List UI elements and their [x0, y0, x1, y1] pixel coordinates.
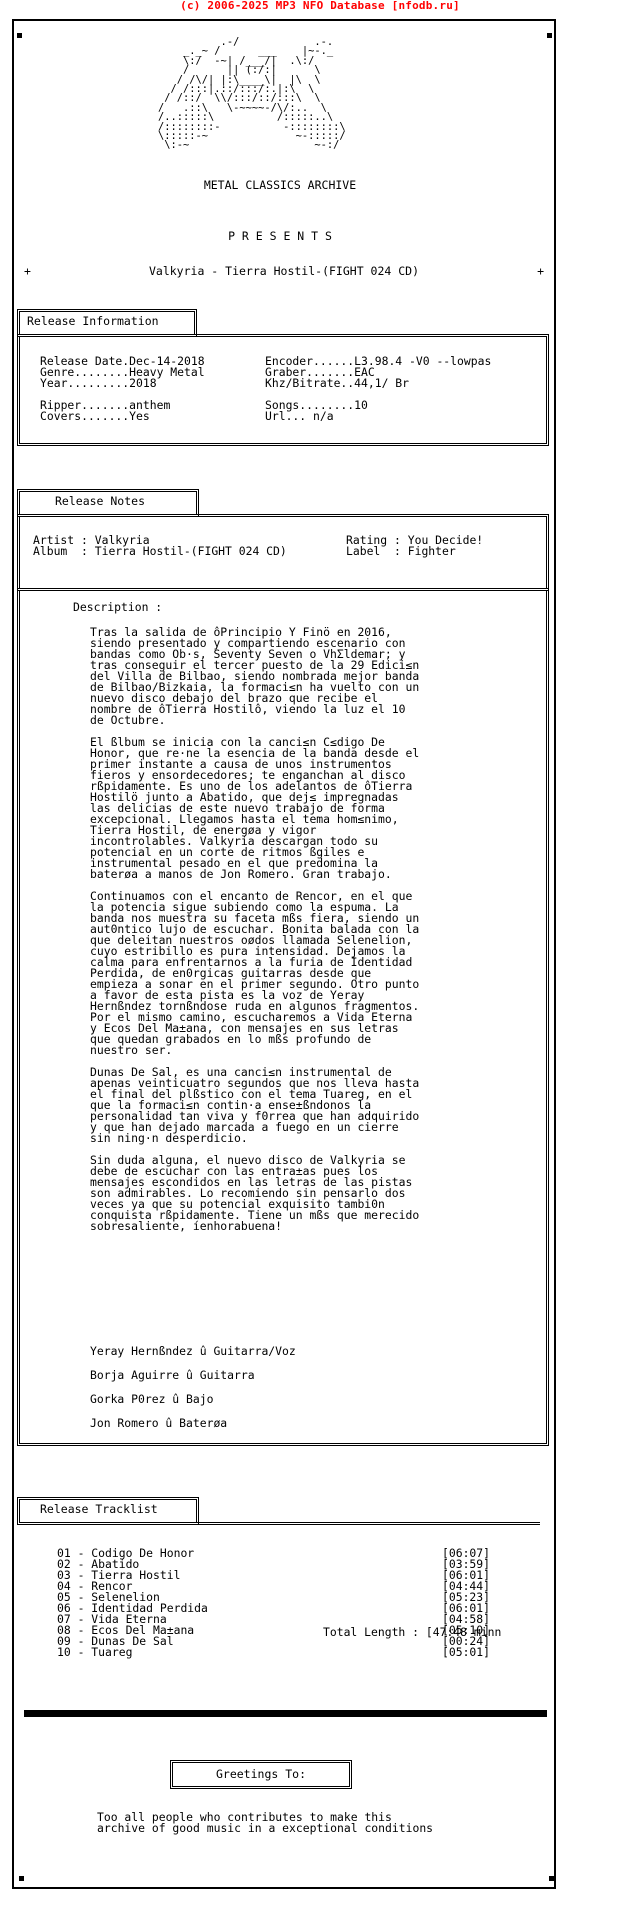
description-body: Tras la salida de ôPrincipio Y Finö en 2…: [90, 627, 419, 1243]
description-heading: Description :: [73, 602, 162, 613]
tab-label: Release Information: [27, 314, 159, 328]
label-row: Label : Fighter: [346, 546, 456, 557]
release-info-right-column: Encoder......L3.98.4 -V0 --lowpasGraber.…: [265, 356, 491, 422]
release-info-row: Covers.......Yes: [40, 411, 205, 422]
band-member: Borja Aguirre û Guitarra: [90, 1363, 296, 1387]
description-paragraph: Dunas De Sal, es una canci≤n instrumenta…: [90, 1067, 419, 1144]
ascii-logo: .-/ .-. _._~ / ___ |~-._ \:/ -~| /___/| …: [158, 38, 418, 151]
track-title: 10 - Tuareg: [57, 1645, 132, 1659]
tab-label: Release Tracklist: [40, 1502, 158, 1516]
tab-release-notes: Release Notes: [17, 489, 199, 517]
release-title: Valkyria - Tierra Hostil-(FIGHT 024 CD): [24, 264, 544, 278]
corner-marker-top-right: [547, 33, 552, 38]
release-info-left-column: Release Date.Dec-14-2018Genre........Hea…: [40, 356, 205, 422]
band-member: Gorka P0rez û Bajo: [90, 1387, 296, 1411]
corner-marker-bottom-right: [549, 1876, 554, 1881]
total-length-value: [47:48 minn: [426, 1625, 501, 1639]
copyright-banner: (c) 2006-2025 MP3 NFO Database [nfodb.ru…: [0, 0, 640, 12]
greetings-label: Greetings To:: [216, 1767, 306, 1781]
logo-caption: METAL CLASSICS ARCHIVE: [0, 178, 560, 192]
description-paragraph: El ßlbum se inicia con la canci≤n C≤digo…: [90, 737, 419, 880]
tab-label: Release Notes: [55, 494, 145, 508]
description-paragraph: Sin duda alguna, el nuevo disco de Valky…: [90, 1155, 419, 1232]
presents-heading: P R E S E N T S: [0, 229, 560, 243]
greetings-box: Greetings To:: [170, 1760, 352, 1789]
album-row: Album : Tierra Hostil-(FIGHT 024 CD): [33, 546, 287, 557]
tracklist: 01 - Codigo De Honor[06:07]02 - Abatido[…: [57, 1548, 510, 1658]
tab-release-tracklist: Release Tracklist: [17, 1497, 199, 1525]
greetings-text: Too all people who contributes to make t…: [97, 1812, 433, 1834]
description-paragraph: Tras la salida de ôPrincipio Y Finö en 2…: [90, 627, 419, 726]
bullet-right: +: [537, 264, 544, 278]
album-value: Tierra Hostil-(FIGHT 024 CD): [95, 544, 287, 558]
release-info-row: Url... n/a: [265, 411, 491, 422]
total-length: Total Length : [47:48 minn: [323, 1627, 501, 1638]
release-info-row: Year.........2018: [40, 378, 205, 389]
album-label: Album :: [33, 544, 88, 558]
band-member: Jon Romero û Baterøa: [90, 1411, 296, 1435]
tracklist-rule: [196, 1522, 540, 1525]
band-members: Yeray Hernßndez û Guitarra/VozBorja Agui…: [90, 1339, 296, 1435]
track-length: [05:01]: [442, 1647, 490, 1658]
label-label: Label :: [346, 544, 401, 558]
divider-bar: [24, 1710, 547, 1717]
band-member: Yeray Hernßndez û Guitarra/Voz: [90, 1339, 296, 1363]
corner-marker-bottom-left: [19, 1876, 24, 1881]
corner-marker-top-left: [17, 33, 22, 38]
total-length-label: Total Length :: [323, 1625, 419, 1639]
label-value: Fighter: [408, 544, 456, 558]
description-paragraph: Continuamos con el encanto de Rencor, en…: [90, 891, 419, 1056]
release-info-row: Khz/Bitrate..44,1/ Br: [265, 378, 491, 389]
track-row: 10 - Tuareg[05:01]: [57, 1647, 510, 1658]
tab-release-information: Release Information: [17, 309, 197, 337]
